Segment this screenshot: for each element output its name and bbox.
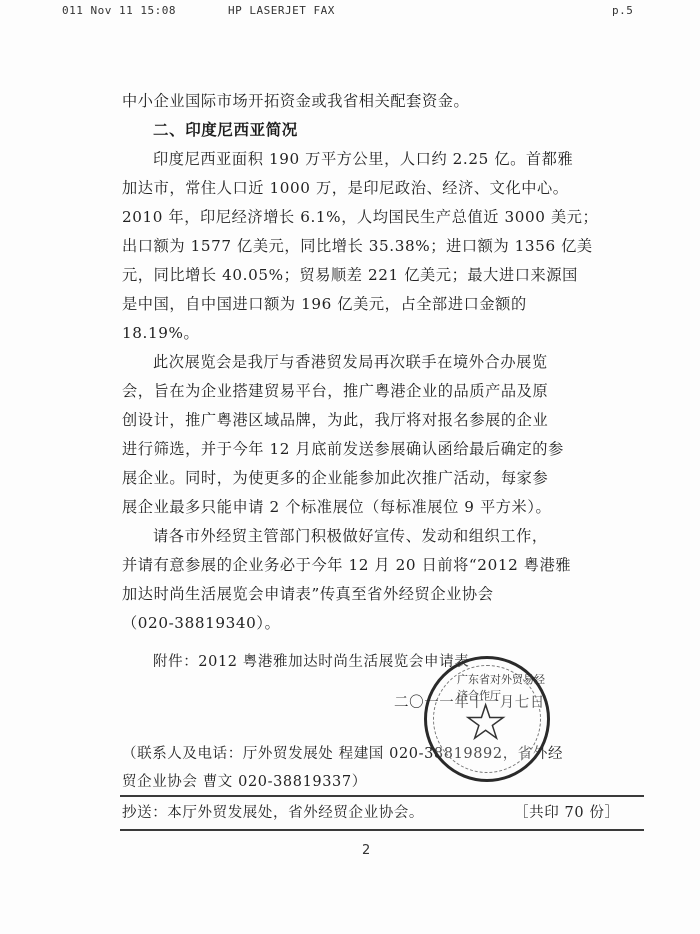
copies-count: ［共印 70 份］ bbox=[514, 799, 620, 828]
body-line: 元，同比增长 40.05%；贸易顺差 221 亿美元；最大进口来源国 bbox=[122, 261, 578, 290]
official-seal: 广东省对外贸易经济合作厅 ★ bbox=[424, 656, 550, 782]
body-line: 展企业最多只能申请 2 个标准展位（每标准展位 9 平方米）。 bbox=[122, 493, 551, 522]
section-heading: 二、印度尼西亚简况 bbox=[153, 116, 298, 145]
body-line: （020-38819340）。 bbox=[122, 609, 280, 638]
body-line: 印度尼西亚面积 190 万平方公里，人口约 2.25 亿。首都雅 bbox=[153, 145, 573, 174]
body-line: 加达市，常住人口近 1000 万，是印尼政治、经济、文化中心。 bbox=[122, 174, 569, 203]
fax-page: p.5 bbox=[612, 4, 633, 17]
body-line: 展企业。同时，为使更多的企业能参加此次推广活动，每家参 bbox=[122, 464, 548, 493]
fax-header: 011 Nov 11 15:08 HP LASERJET FAX p.5 bbox=[0, 4, 700, 20]
divider-top bbox=[120, 795, 644, 797]
body-line: 并请有意参展的企业务必于今年 12 月 20 日前将“2012 粤港雅 bbox=[122, 551, 571, 580]
star-icon: ★ bbox=[465, 699, 506, 745]
body-line: 会，旨在为企业搭建贸易平台，推广粤港企业的品质产品及原 bbox=[122, 377, 548, 406]
body-line: 加达时尚生活展览会申请表”传真至省外经贸企业协会 bbox=[122, 580, 493, 609]
body-line: 出口额为 1577 亿美元，同比增长 35.38%；进口额为 1356 亿美 bbox=[122, 232, 593, 261]
body-line: 18.19%。 bbox=[122, 319, 199, 348]
body-line: 请各市外经贸主管部门积极做好宣传、发动和组织工作， bbox=[153, 522, 548, 551]
page-number: 2 bbox=[362, 843, 370, 858]
attachment-line: 附件：2012 粤港雅加达时尚生活展览会申请表 bbox=[153, 648, 469, 677]
divider-bottom bbox=[120, 829, 644, 831]
fax-device: HP LASERJET FAX bbox=[228, 4, 335, 17]
body-line: 进行筛选，并于今年 12 月底前发送参展确认函给最后确定的参 bbox=[122, 435, 564, 464]
body-line: 创设计，推广粤港区域品牌，为此，我厅将对报名参展的企业 bbox=[122, 406, 548, 435]
body-line: 2010 年，印尼经济增长 6.1%，人均国民生产总值近 3000 美元； bbox=[122, 203, 598, 232]
body-line: 是中国，自中国进口额为 196 亿美元，占全部进口金额的 bbox=[122, 290, 527, 319]
cc-line: 抄送：本厅外贸发展处，省外经贸企业协会。 bbox=[122, 799, 424, 828]
body-line: 此次展览会是我厅与香港贸发局再次联手在境外合办展览 bbox=[153, 348, 548, 377]
contact-line-2: 贸企业协会 曹文 020-38819337） bbox=[122, 768, 367, 797]
fax-timestamp: 011 Nov 11 15:08 bbox=[62, 4, 176, 17]
body-line: 中小企业国际市场开拓资金或我省相关配套资金。 bbox=[122, 87, 469, 116]
